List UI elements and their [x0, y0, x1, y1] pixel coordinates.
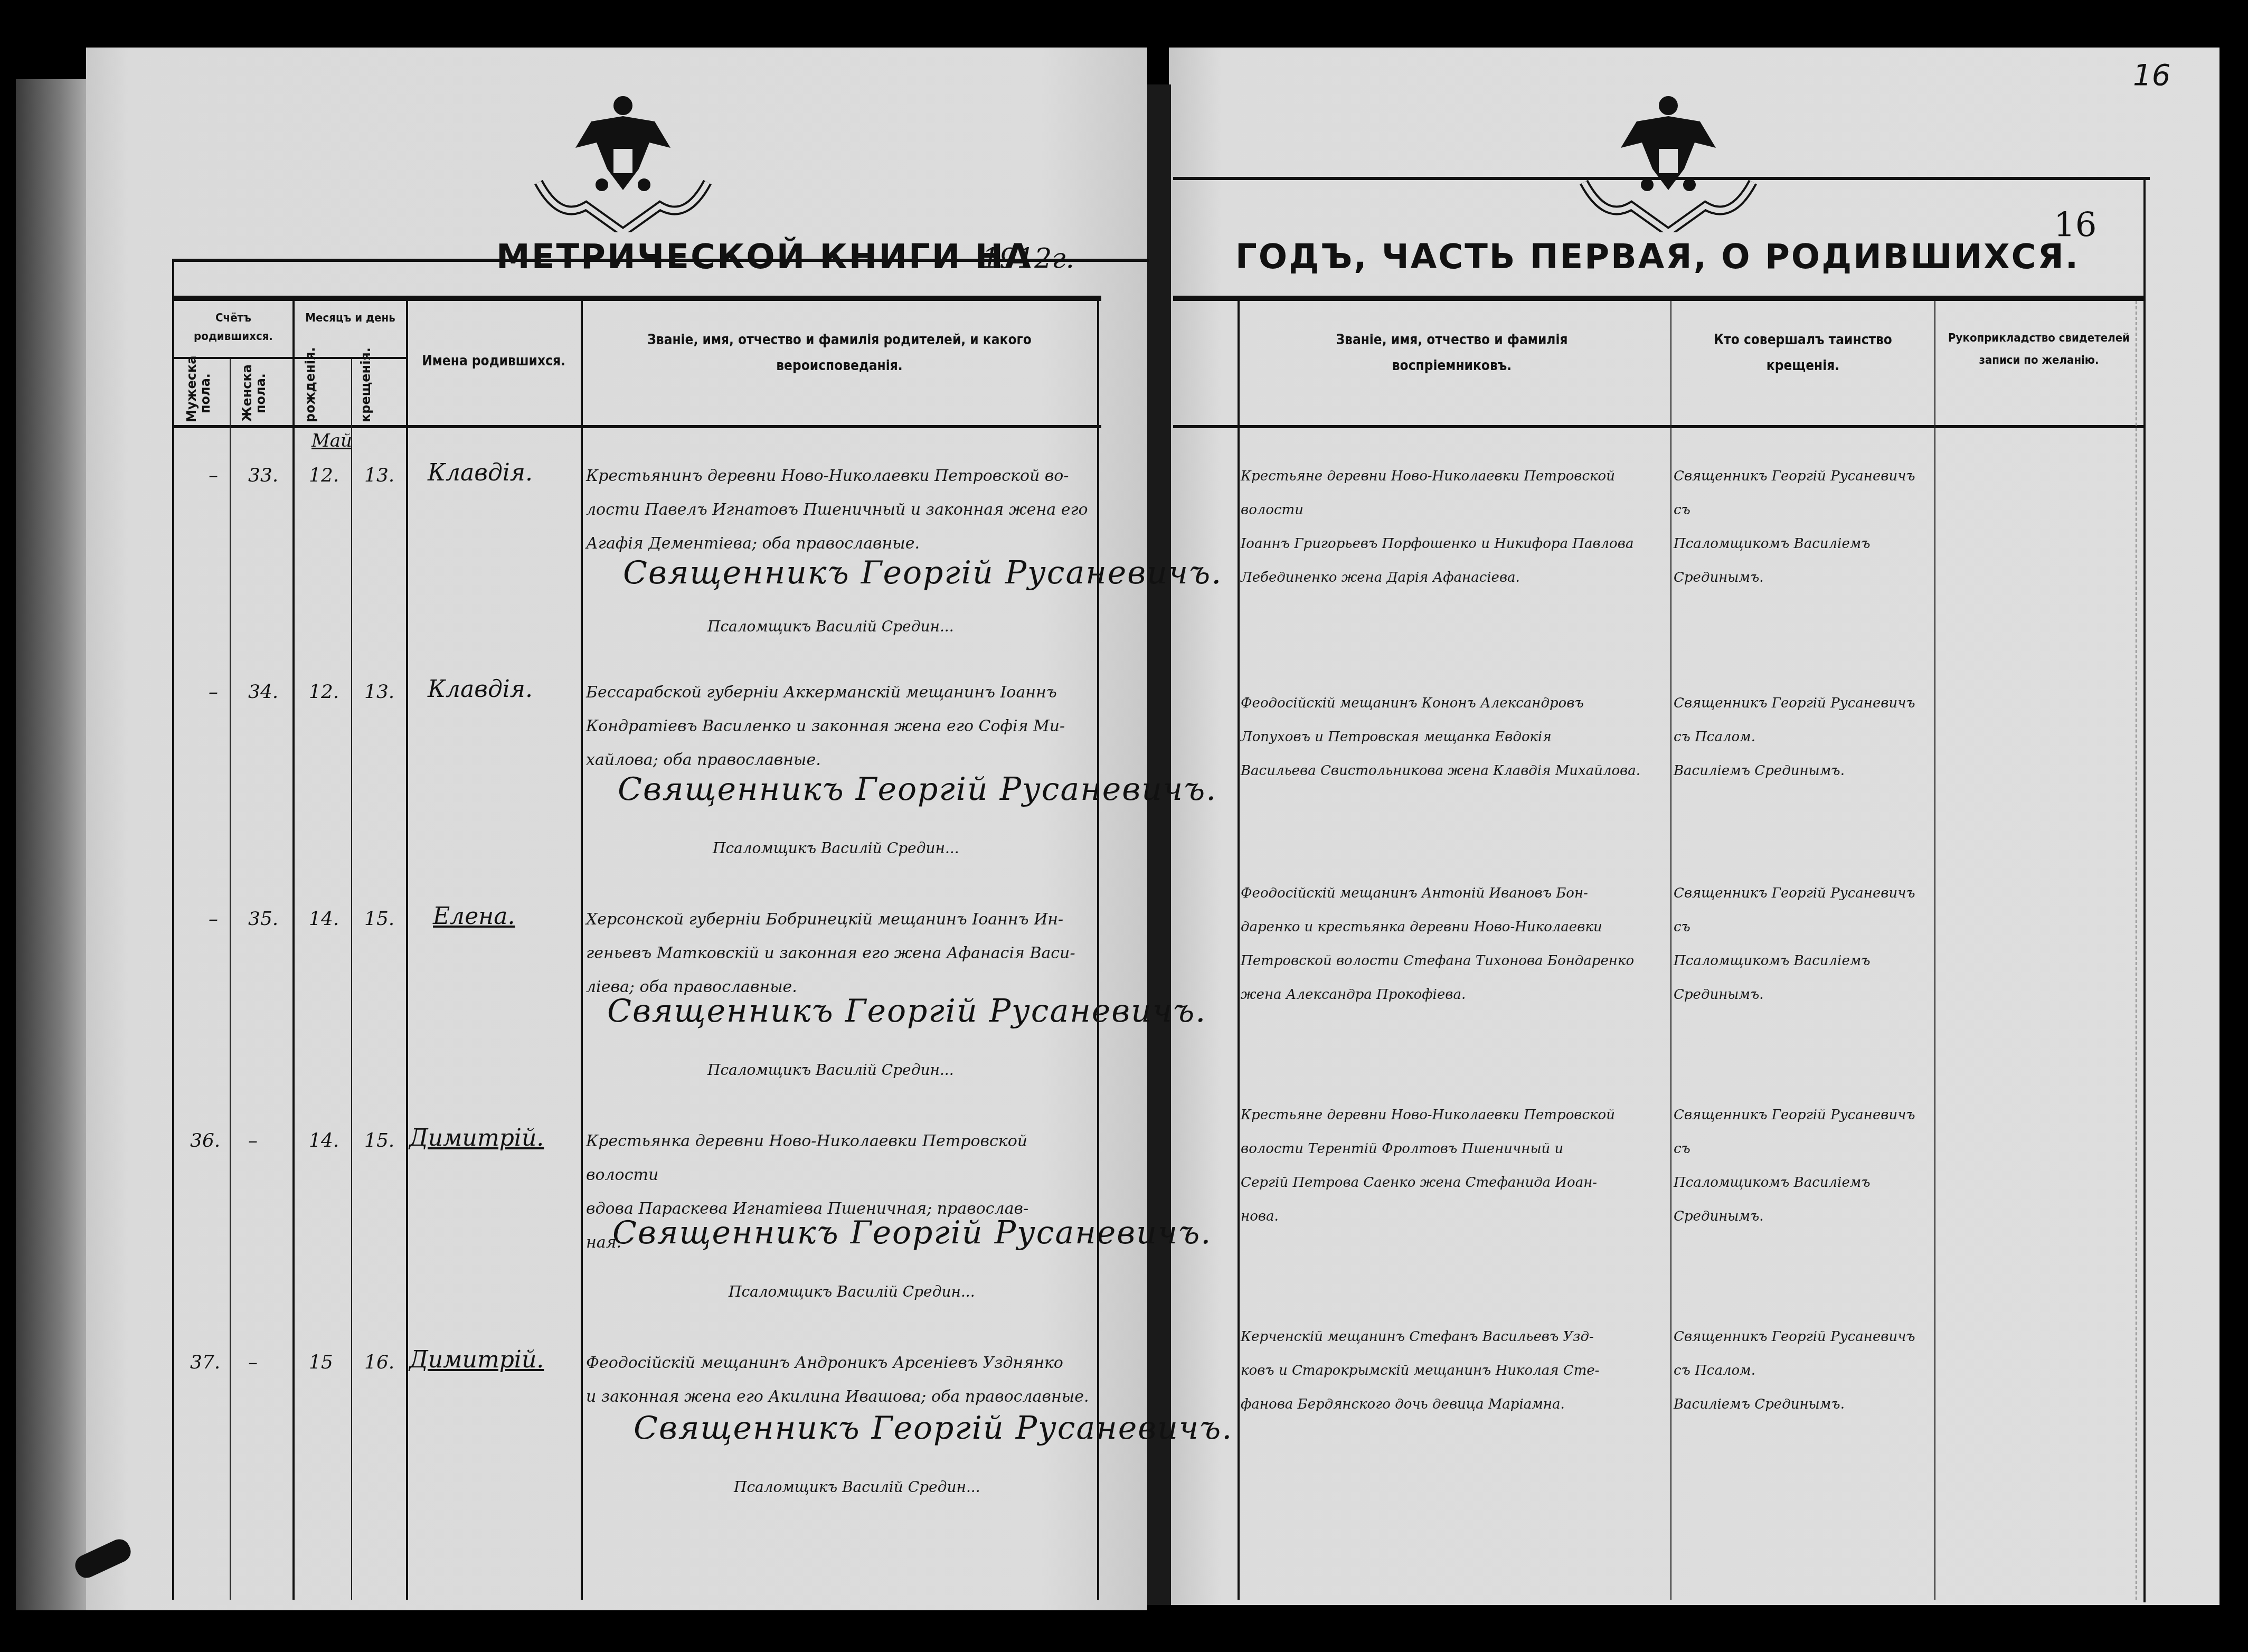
page-edge-stack [16, 79, 90, 1610]
godparents-text: Керченскій мещанинъ Стефанъ Васильевъ Уз… [1241, 1320, 1671, 1421]
year-handwritten: 1912г. [982, 243, 1074, 275]
child-name: Клавдія. [428, 676, 533, 703]
col-divider [1238, 301, 1240, 1600]
child-name: Клавдія. [428, 459, 533, 486]
frame-left-edge [172, 259, 174, 1600]
header-male: Мужеска пола. [185, 364, 227, 422]
header-witnesses: Рукоприкладство свидетелей записи по жел… [1939, 327, 2139, 372]
header-baptism: крещенія. [359, 364, 399, 422]
col-divider [581, 301, 583, 1600]
birth-day: 15 [309, 1352, 333, 1373]
priest-signature: Священникъ Георгій Русаневичъ. [634, 1410, 1233, 1447]
priest-signature: Священникъ Георгій Русаневичъ. [623, 554, 1222, 591]
handwritten-folio-number: 16 [2133, 58, 2170, 92]
parents-text: Крестьянинъ деревни Ново-Николаевки Петр… [586, 459, 1093, 561]
header-birth: рожденія. [304, 364, 343, 422]
clerk-signature: Псаломщикъ Василій Средин... [734, 1478, 980, 1496]
child-name: Димитрій. [409, 1346, 544, 1373]
col-guide [2136, 301, 2137, 1600]
baptism-day: 13. [364, 465, 394, 486]
header-female: Женска пола. [240, 364, 282, 422]
month-note: Май [311, 430, 352, 451]
col-divider [230, 359, 231, 1600]
female-count: – [248, 1130, 258, 1151]
male-count: – [209, 465, 218, 486]
birth-day: 14. [309, 908, 339, 930]
child-name: Димитрій. [409, 1125, 544, 1151]
birth-day: 12. [309, 681, 339, 703]
baptism-day: 16. [364, 1352, 394, 1373]
birth-day: 12. [309, 465, 339, 486]
priest-signature: Священникъ Георгій Русаневичъ. [612, 1214, 1212, 1251]
frame-right-edge [2143, 177, 2146, 1602]
parents-text: Херсонской губерніи Бобринецкій мещанинъ… [586, 903, 1093, 1004]
godparents-text: Феодосійскій мещанинъ Кононъ Александров… [1241, 686, 1671, 788]
officiant-text: Священникъ Георгій Русаневичъ съ Псалом.… [1674, 1320, 1932, 1421]
clerk-signature: Псаломщикъ Василій Средин... [713, 839, 959, 857]
baptism-day: 13. [364, 681, 394, 703]
parents-text: Бессарабской губерніи Аккерманскій мещан… [586, 676, 1093, 777]
title-left: МЕТРИЧЕСКОЙ КНИГИ НА [496, 238, 1033, 277]
header-bottom-rule-right [1173, 425, 2145, 428]
child-name: Елена. [433, 903, 515, 930]
header-godparents: Званіе, имя, отчество и фамилія воспріем… [1246, 327, 1658, 380]
male-count: – [209, 681, 218, 703]
double-headed-eagle-emblem-right [1573, 84, 1763, 232]
header-officiant: Кто совершалъ таинство крещенія. [1676, 327, 1930, 380]
header-rule-right [1173, 177, 2150, 180]
godparents-text: Крестьяне деревни Ново-Николаевки Петров… [1241, 459, 1671, 594]
male-count: – [209, 908, 218, 930]
female-count: 34. [248, 681, 278, 703]
birth-day: 14. [309, 1130, 339, 1151]
col-divider [406, 301, 408, 1600]
female-count: 33. [248, 465, 278, 486]
col-divider [351, 359, 352, 1600]
officiant-text: Священникъ Георгій Русаневичъ съ Псаломщ… [1674, 876, 1932, 1012]
header-count: Счётъ родившихся. [174, 309, 292, 346]
header-names: Имена родившихся. [409, 348, 578, 374]
officiant-text: Священникъ Георгій Русаневичъ съ Псаломщ… [1674, 1098, 1932, 1233]
priest-signature: Священникъ Георгій Русаневичъ. [607, 993, 1206, 1030]
priest-signature: Священникъ Георгій Русаневичъ. [618, 771, 1217, 808]
book-spine [1147, 84, 1171, 1605]
col-divider [1097, 301, 1099, 1600]
male-count: 36. [190, 1130, 220, 1151]
godparents-text: Крестьяне деревни Ново-Николаевки Петров… [1241, 1098, 1671, 1233]
officiant-text: Священникъ Георгій Русаневичъ съ Псаломщ… [1674, 459, 1932, 594]
parents-text: Феодосійскій мещанинъ Андроникъ Арсеніев… [586, 1346, 1093, 1414]
clerk-signature: Псаломщикъ Василій Средин... [707, 1061, 954, 1079]
female-count: – [248, 1352, 258, 1373]
double-headed-eagle-emblem-left [528, 84, 718, 232]
clerk-signature: Псаломщикъ Василій Средин... [729, 1283, 975, 1300]
table-top-rule-right [1173, 296, 2145, 301]
header-month-day: Месяцъ и день [295, 309, 406, 327]
col-divider [1934, 301, 1935, 1600]
godparents-text: Феодосійскій мещанинъ Антоній Ивановъ Бо… [1241, 876, 1671, 1012]
female-count: 35. [248, 908, 278, 930]
baptism-day: 15. [364, 1130, 394, 1151]
header-bottom-rule-left [172, 425, 1101, 428]
table-top-rule-left [172, 296, 1101, 301]
title-right: ГОДЪ, ЧАСТЬ ПЕРВАЯ, О РОДИВШИХСЯ. [1235, 238, 2080, 277]
printed-page-number: 16 [2054, 206, 2096, 245]
clerk-signature: Псаломщикъ Василій Средин... [707, 618, 954, 635]
col-divider [292, 301, 295, 1600]
header-parents: Званіе, имя, отчество и фамилія родителе… [586, 327, 1093, 380]
officiant-text: Священникъ Георгій Русаневичъ съ Псалом.… [1674, 686, 1932, 788]
male-count: 37. [190, 1352, 220, 1373]
baptism-day: 15. [364, 908, 394, 930]
